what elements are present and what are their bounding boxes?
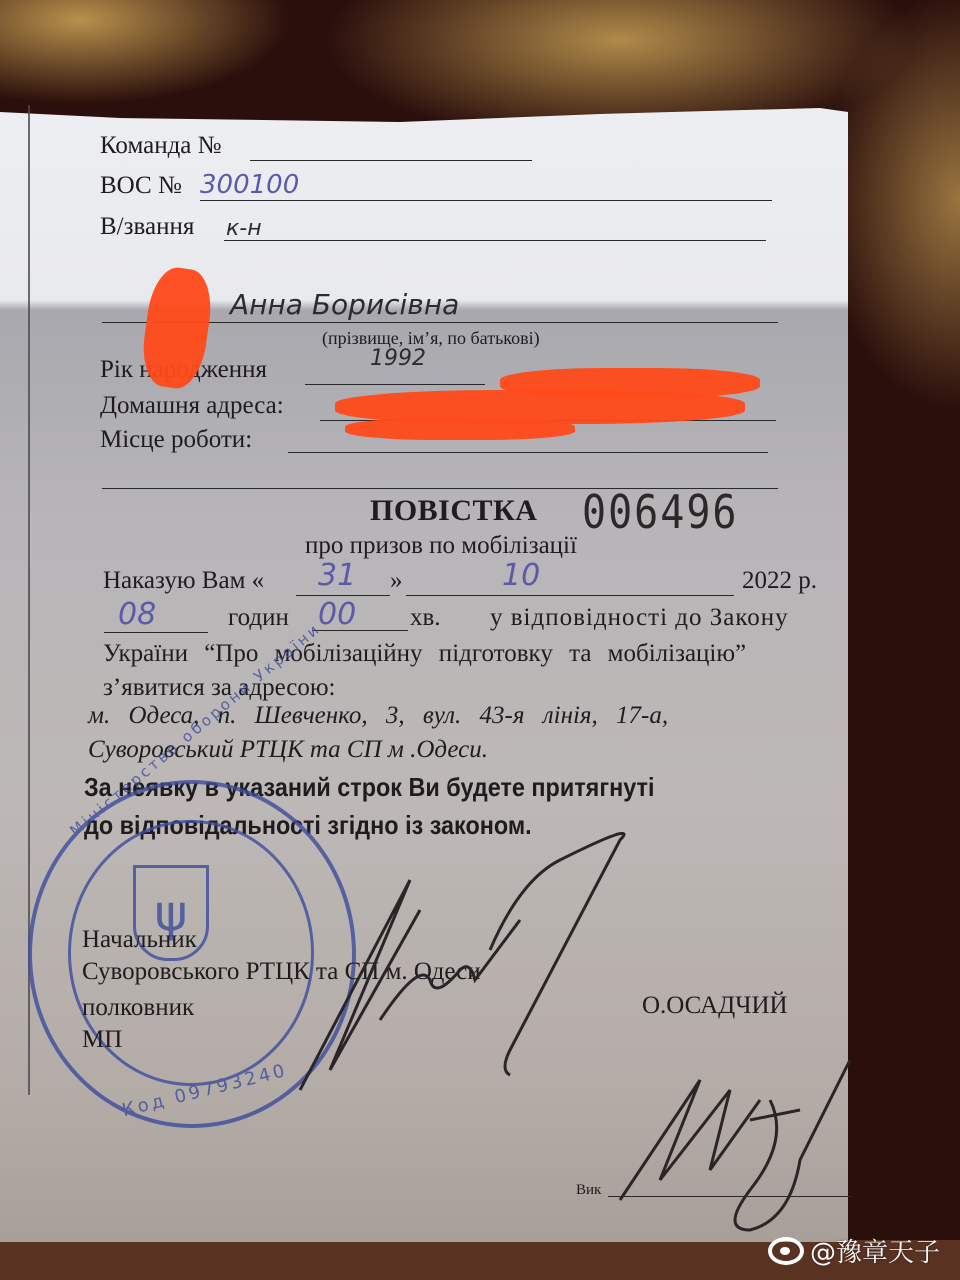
watermark-text: @豫章天子 (810, 1232, 940, 1269)
signer-rank: полковник (82, 994, 194, 1022)
day-close-quote: » (390, 567, 403, 595)
voc-field-line (200, 200, 772, 201)
order-prefix: Наказую Вам « (103, 567, 264, 595)
executor-signature (600, 1040, 860, 1240)
rank-value: к-н (226, 216, 262, 241)
work-field-line (288, 452, 768, 453)
hours-label: годин (228, 604, 289, 632)
address-label: Домашня адреса: (100, 392, 284, 420)
hour-value: 08 (118, 597, 156, 632)
day-value: 31 (318, 558, 356, 593)
law-text-1: у відповідності до Закону (490, 604, 789, 632)
summons-subheading: про призов по мобілізації (305, 532, 577, 560)
voc-value: 300100 (200, 170, 299, 200)
rank-field-line (224, 240, 766, 241)
voc-label: ВОС № (100, 172, 182, 200)
team-field-line (250, 160, 532, 161)
summons-heading: ПОВІСТКА (370, 494, 537, 528)
birth-year-value: 1992 (370, 346, 426, 371)
serial-number: 006496 (582, 487, 739, 540)
birth-year-line (305, 384, 485, 385)
minute-line (312, 630, 408, 631)
executor-line (608, 1196, 852, 1197)
month-line (406, 595, 734, 596)
name-value: Анна Борисівна (230, 288, 459, 321)
address-line-1: м. Одеса, п. Шевченко, 3, вул. 43-я ліні… (88, 702, 668, 730)
year-text: 2022 р. (742, 567, 817, 595)
executor-label: Вик (576, 1182, 601, 1199)
rank-label: В/звання (100, 213, 194, 241)
day-line (296, 595, 390, 596)
redaction-address-3 (345, 418, 575, 440)
weibo-watermark: @豫章天子 (768, 1232, 940, 1269)
team-label: Команда № (100, 132, 222, 160)
seal-place-mark: МП (82, 1026, 122, 1054)
signer-position: Начальник (82, 926, 197, 954)
minute-value: 00 (318, 597, 356, 632)
month-value: 10 (502, 558, 540, 593)
name-caption: (прізвище, ім’я, по батькові) (322, 328, 540, 349)
minutes-label: хв. (410, 604, 441, 632)
law-text-2: України “Про мобілізаційну підготовку та… (103, 640, 746, 668)
weibo-icon (768, 1237, 804, 1265)
hour-line (104, 632, 208, 633)
work-label: Місце роботи: (100, 426, 252, 454)
